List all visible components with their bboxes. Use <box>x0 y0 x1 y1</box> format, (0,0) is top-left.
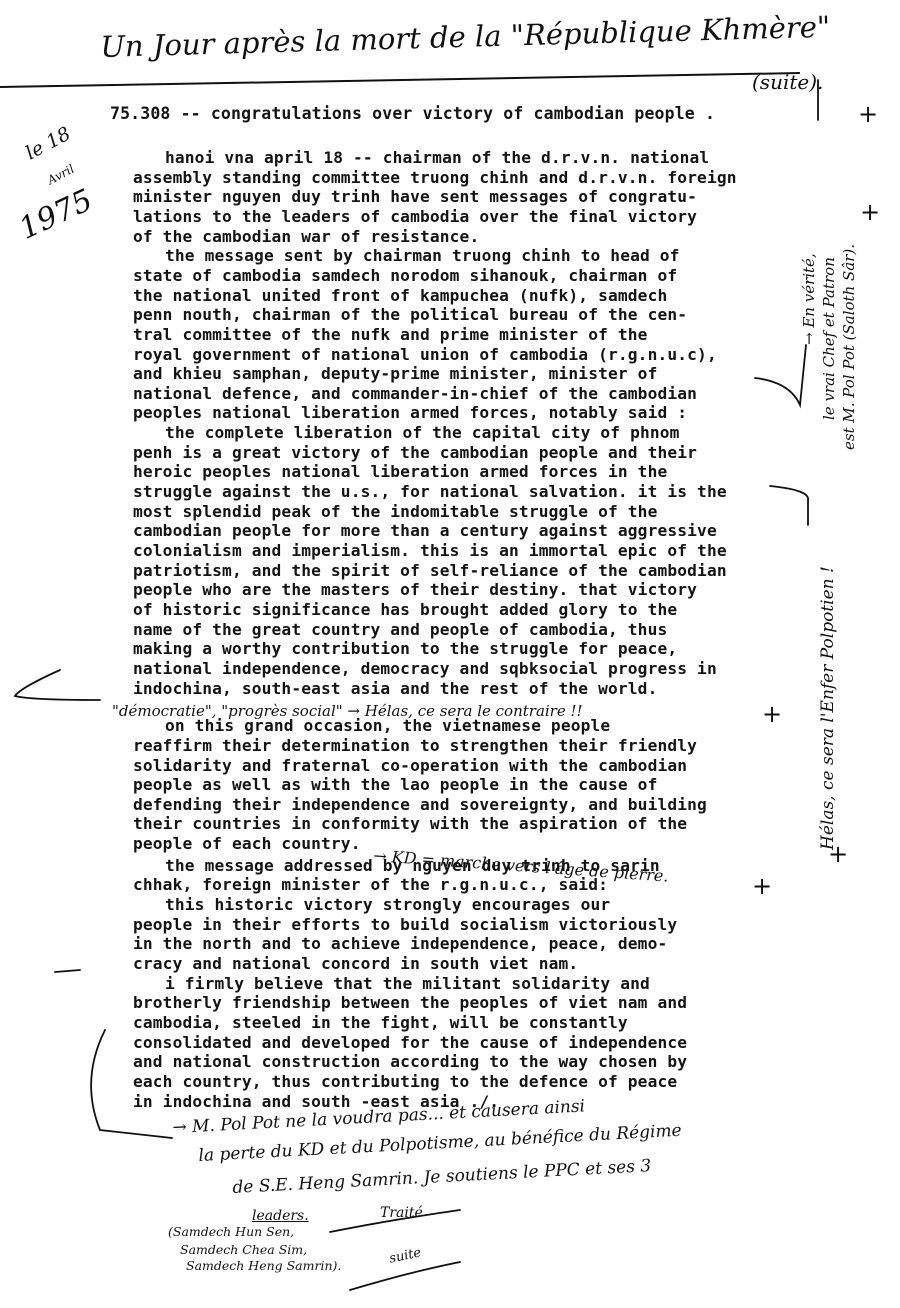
typed-line: solidarity and fraternal co-operation wi… <box>133 756 687 775</box>
handwritten-suite: (suite). <box>752 70 823 94</box>
typed-line: defending their independence and soverei… <box>133 795 707 814</box>
signature-1: Traité <box>380 1205 423 1221</box>
bottom-note-line-3: de S.E. Heng Samrin. Je soutiens le PPC … <box>232 1156 652 1198</box>
side-note-1-line-3: est M. Pol Pot (Saloth Sâr). <box>840 244 858 450</box>
typed-line: cracy and national concord in south viet… <box>133 954 578 973</box>
brace-left-1 <box>15 670 100 700</box>
typed-line: their countries in conformity with the a… <box>133 814 687 833</box>
typed-line: cambodian people for more than a century… <box>133 521 717 540</box>
typed-line: national defence, and commander-in-chief… <box>133 384 697 403</box>
typed-line: indochina, south-east asia and the rest … <box>133 679 657 698</box>
margin-cross-mark: + <box>752 872 772 900</box>
typed-line: people as well as with the lao people in… <box>133 775 657 794</box>
typed-line: most splendid peak of the indomitable st… <box>133 502 657 521</box>
typed-line: consolidated and developed for the cause… <box>133 1033 687 1052</box>
bracket-arrow-1 <box>755 345 806 405</box>
signature-underline-2 <box>350 1262 460 1290</box>
side-note-2: Hélas, ce sera l'Enfer Polpotien ! <box>818 566 838 850</box>
typed-line: name of the great country and people of … <box>133 620 667 639</box>
typed-line: heroic peoples national liberation armed… <box>133 462 667 481</box>
typed-line: hanoi vna april 18 -- chairman of the d.… <box>165 148 709 167</box>
typed-line: peoples national liberation armed forces… <box>133 403 687 422</box>
typed-line: of historic significance has brought add… <box>133 600 677 619</box>
typed-line: people who are the masters of their dest… <box>133 580 697 599</box>
typed-line: each country, thus contributing to the d… <box>133 1072 677 1091</box>
typed-line: penh is a great victory of the cambodian… <box>133 443 697 462</box>
handwritten-title: Un Jour après la mort de la "République … <box>100 10 831 64</box>
typed-line: reaffirm their determination to strength… <box>133 736 697 755</box>
margin-cross-mark: + <box>762 700 782 728</box>
margin-cross-mark: + <box>860 198 880 226</box>
margin-cross-mark: + <box>858 100 878 128</box>
typed-line: penn nouth, chairman of the political bu… <box>133 305 687 324</box>
leaders-list-1: (Samdech Hun Sen, <box>168 1224 294 1239</box>
typed-line: tral committee of the nufk and prime min… <box>133 325 648 344</box>
leaders-list-2: Samdech Chea Sim, <box>180 1242 307 1257</box>
inline-note-democracy: "démocratie", "progrès social" → Hélas, … <box>112 702 583 720</box>
typed-line: cambodia, steeled in the fight, will be … <box>133 1013 628 1032</box>
typed-line: people of each country. <box>133 834 361 853</box>
typed-line: in the north and to achieve independence… <box>133 934 667 953</box>
cracy-dash <box>55 970 80 972</box>
margin-date-day: le 18 <box>22 123 74 165</box>
typed-line: minister nguyen duy trinh have sent mess… <box>133 187 697 206</box>
bracket-arrow-2 <box>770 486 808 525</box>
margin-date-year: 1975 <box>14 183 98 247</box>
typed-line: the national united front of kampuchea (… <box>133 286 667 305</box>
signature-2: suite <box>388 1245 423 1266</box>
typed-line: brotherly friendship between the peoples… <box>133 993 687 1012</box>
bottom-note-line-4: leaders. <box>252 1208 309 1224</box>
typed-title: 75.308 -- congratulations over victory o… <box>110 104 715 123</box>
typed-line: national independence, democracy and sqb… <box>133 659 717 678</box>
typed-line: making a worthy contribution to the stru… <box>133 639 677 658</box>
typed-line: assembly standing committee truong chinh… <box>133 168 737 187</box>
margin-cross-mark: + <box>828 840 848 868</box>
typed-line: royal government of national union of ca… <box>133 345 717 364</box>
typed-line: this historic victory strongly encourage… <box>165 895 610 914</box>
title-underline <box>0 72 800 88</box>
typed-line: patriotism, and the spirit of self-relia… <box>133 561 727 580</box>
typed-line: chhak, foreign minister of the r.g.n.u.c… <box>133 875 608 894</box>
typed-line: people in their efforts to build sociali… <box>133 915 677 934</box>
typed-line: colonialism and imperialism. this is an … <box>133 541 727 560</box>
side-note-1-line-2: le vrai Chef et Patron <box>820 257 838 420</box>
typed-line: of the cambodian war of resistance. <box>133 227 479 246</box>
typed-line: struggle against the u.s., for national … <box>133 482 727 501</box>
side-note-1-line-1: → En vérité, <box>800 253 818 345</box>
typed-line: and khieu samphan, deputy-prime minister… <box>133 364 657 383</box>
typed-line: the message sent by chairman truong chin… <box>165 246 680 265</box>
typed-line: and national construction according to t… <box>133 1052 687 1071</box>
typed-line: state of cambodia samdech norodom sihano… <box>133 266 677 285</box>
typed-line: i firmly believe that the militant solid… <box>165 974 650 993</box>
typed-line: lations to the leaders of cambodia over … <box>133 207 697 226</box>
typed-line: the complete liberation of the capital c… <box>165 423 680 442</box>
margin-date-month: Avril <box>45 162 77 188</box>
leaders-list-3: Samdech Heng Samrin). <box>186 1258 341 1273</box>
